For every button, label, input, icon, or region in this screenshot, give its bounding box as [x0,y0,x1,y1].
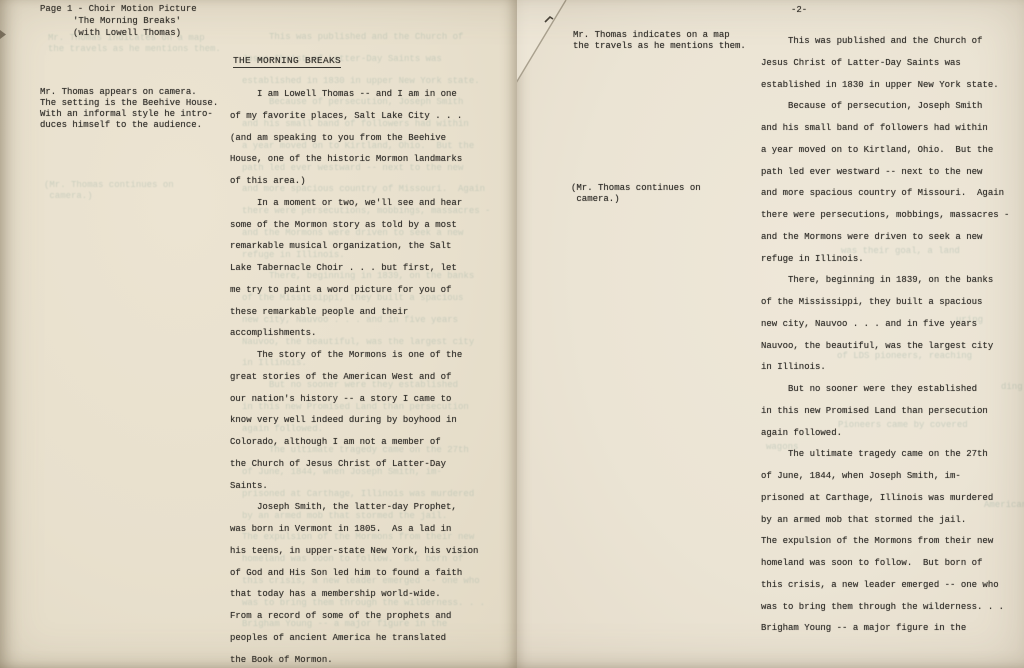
page-number: -2- [791,5,807,15]
page-2: was their goal, a landuringof LDS pionee… [516,0,1024,668]
page1-body-text: I am Lowell Thomas -- and I am in oneof … [230,84,478,668]
page1-header: Page 1 - Choir Motion Picture 'The Morni… [40,3,197,39]
stage-direction-note: (Mr. Thomas continues on camera.) [571,183,701,205]
scanned-script-document: This was published and the Church ofJesu… [0,0,1024,668]
page2-body-text: This was published and the Church ofJesu… [761,31,1009,640]
header-line: (with Lowell Thomas) [73,27,197,39]
bleed-through-margin-note: (Mr. Thomas continues on camera.) [44,180,174,202]
stage-direction-note: Mr. Thomas appears on camera.The setting… [40,87,218,131]
scan-artifact [0,30,6,39]
staple-mark [543,15,555,27]
page-1: This was published and the Church ofJesu… [0,0,516,668]
header-line: 'The Morning Breaks' [73,15,197,27]
script-title: THE MORNING BREAKS [233,55,341,68]
header-line: Page 1 - Choir Motion Picture [40,3,197,15]
stage-direction-note: Mr. Thomas indicates on a mapthe travels… [573,30,746,52]
